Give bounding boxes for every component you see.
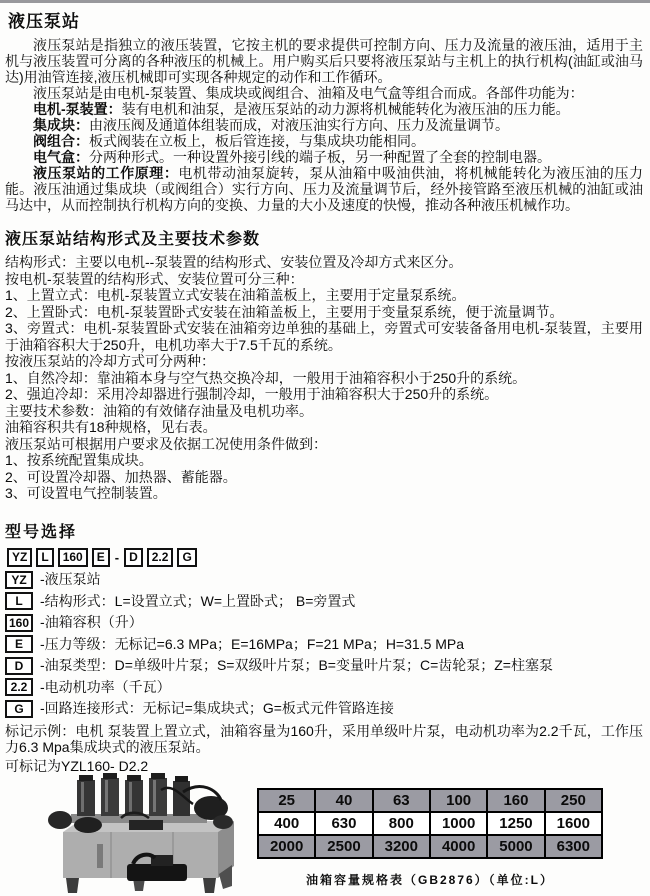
table-row: 2000 2500 3200 4000 5000 6300 — [258, 835, 602, 858]
capacity-cell: 3200 — [373, 835, 430, 858]
body-line: 1、上置立式：电机-泵装置立式安装在油箱盖板上，主要用于定量泵系统。 — [5, 287, 643, 304]
legend-code-box: 2.2 — [5, 678, 33, 696]
hydraulic-pump-station-photo — [33, 770, 249, 894]
tank-capacity-table: 25 40 63 100 160 250 400 630 800 1000 12… — [257, 788, 603, 859]
body-line: 2、强迫冷却：采用冷却器进行强制冷却，一般用于油箱容积大于250升的系统。 — [5, 386, 643, 403]
legend-code-box: YZ — [5, 571, 33, 589]
table-caption: 油箱容量规格表（GB2876）（单位:L） — [257, 871, 603, 888]
body-line: 3、可设置电气控制装置。 — [5, 485, 643, 502]
legend-code-box: G — [5, 700, 33, 718]
legend-description: -液压泵站 — [40, 572, 101, 587]
legend-description: -压力等级：无标记=6.3 MPa；E=16MPa；F=21 MPa；H=31.… — [40, 637, 464, 652]
model-code-box: 160 — [58, 548, 88, 567]
pump-station-illustration — [33, 770, 249, 894]
body-line: 2、上置卧式：电机-泵装置卧式安装在油箱盖板上，主要用于变量泵系统，便于流量调节… — [5, 304, 643, 321]
section-heading-structure: 液压泵站结构形式及主要技术参数 — [5, 226, 643, 249]
body-line: 结构形式：主要以电机--泵装置的结构形式、安装位置及冷却方式来区分。 — [5, 254, 643, 271]
capacity-cell: 25 — [258, 789, 315, 812]
paragraph-text: 液压泵站是指独立的液压装置，它按主机的要求提供可控制方向、压力及流量的液压油，适… — [5, 37, 643, 85]
capacity-cell: 250 — [545, 789, 602, 812]
legend-code-box: E — [5, 635, 33, 653]
paragraph-text: 液压泵站是由电机-泵装置、集成块或阀组合、油箱及电气盒等组合而成。各部件功能为： — [33, 85, 584, 101]
legend-description: -油箱容积（升） — [40, 615, 143, 630]
body-line: 液压泵站可根据用户要求及依据工况使用条件做到： — [5, 436, 643, 453]
paragraph-label: 集成块： — [33, 117, 89, 133]
legend-description: -回路连接形式：无标记=集成块式；G=板式元件管路连接 — [40, 701, 394, 716]
document-page: 液压泵站 液压泵站是指独立的液压装置，它按主机的要求提供可控制方向、压力及流量的… — [0, 3, 650, 774]
paragraph-text: 分两种形式。一种设置外接引线的端子板，另一种配置了全套的控制电器。 — [89, 149, 551, 165]
body-line: 2、可设置冷却器、加热器、蓄能器。 — [5, 469, 643, 486]
model-code-box: YZ — [7, 548, 32, 567]
paragraph-text: 装有电机和油泵，是液压泵站的动力源将机械能转化为液压油的压力能。 — [122, 101, 570, 117]
intro-section: 液压泵站是指独立的液压装置，它按主机的要求提供可控制方向、压力及流量的液压油，适… — [5, 37, 643, 213]
model-code-box: D — [124, 548, 143, 567]
capacity-cell: 160 — [487, 789, 544, 812]
legend-code-box: 160 — [5, 614, 33, 632]
capacity-cell: 100 — [430, 789, 487, 812]
capacity-cell: 5000 — [487, 835, 544, 858]
legend-row: E -压力等级：无标记=6.3 MPa；E=16MPa；F=21 MPa；H=3… — [5, 635, 643, 653]
legend-description: -结构形式：L=设置立式；W=上置卧式； B=旁置式 — [40, 594, 355, 609]
capacity-cell: 1600 — [545, 812, 602, 835]
table-row: 400 630 800 1000 1250 1600 — [258, 812, 602, 835]
legend-row: L -结构形式：L=设置立式；W=上置卧式； B=旁置式 — [5, 592, 643, 610]
model-code-box: E — [92, 548, 110, 567]
body-line: 按液压泵站的冷却方式可分两种： — [5, 353, 643, 370]
capacity-table-block: 25 40 63 100 160 250 400 630 800 1000 12… — [257, 788, 603, 888]
legend-row: 2.2 -电动机功率（千瓦） — [5, 678, 643, 696]
model-legend: YZ -液压泵站 L -结构形式：L=设置立式；W=上置卧式； B=旁置式 16… — [5, 571, 643, 718]
paragraph-text: 由液压阀及通道体组装而成，对液压油实行方向、压力及流量调节。 — [89, 117, 509, 133]
body-line: 3、旁置式：电机-泵装置卧式安装在油箱旁边单独的基础上，旁置式可安装备备用电机-… — [5, 320, 643, 353]
legend-description: -油泵类型：D=单级叶片泵；S=双级叶片泵；B=变量叶片泵；C=齿轮泵；Z=柱塞… — [40, 658, 553, 673]
legend-row: 160 -油箱容积（升） — [5, 614, 643, 632]
body-line: 1、按系统配置集成块。 — [5, 452, 643, 469]
capacity-cell: 1000 — [430, 812, 487, 835]
page-title: 液压泵站 — [8, 7, 643, 32]
capacity-cell: 800 — [373, 812, 430, 835]
capacity-cell: 400 — [258, 812, 315, 835]
legend-description: -电动机功率（千瓦） — [40, 680, 171, 695]
intro-paragraph: 电气盒：分两种形式。一种设置外接引线的端子板，另一种配置了全套的控制电器。 — [5, 149, 643, 165]
model-code-box: G — [177, 548, 196, 567]
structure-section: 结构形式：主要以电机--泵装置的结构形式、安装位置及冷却方式来区分。 按电机-泵… — [5, 254, 643, 502]
model-code-box: 2.2 — [147, 548, 174, 567]
paragraph-text: 板式阀装在立板上，板后管连接，与集成块功能相同。 — [89, 133, 425, 149]
intro-paragraph: 集成块：由液压阀及通道体组装而成，对液压油实行方向、压力及流量调节。 — [5, 117, 643, 133]
legend-row: YZ -液压泵站 — [5, 571, 643, 589]
body-line: 主要技术参数：油箱的有效储存油量及电机功率。 — [5, 403, 643, 420]
intro-paragraph: 液压泵站是指独立的液压装置，它按主机的要求提供可控制方向、压力及流量的液压油，适… — [5, 37, 643, 85]
paragraph-label: 电气盒： — [33, 149, 89, 165]
body-line: 1、自然冷却：靠油箱本身与空气热交换冷却，一般用于油箱容积小于250升的系统。 — [5, 370, 643, 387]
model-code-dash: - — [114, 550, 120, 565]
legend-row: D -油泵类型：D=单级叶片泵；S=双级叶片泵；B=变量叶片泵；C=齿轮泵；Z=… — [5, 657, 643, 675]
intro-paragraph: 阀组合：板式阀装在立板上，板后管连接，与集成块功能相同。 — [5, 133, 643, 149]
capacity-cell: 4000 — [430, 835, 487, 858]
capacity-cell: 63 — [373, 789, 430, 812]
capacity-cell: 2000 — [258, 835, 315, 858]
marking-example: 标记示例：电机 泵装置上置立式，油箱容量为160升，采用单级叶片泵，电动机功率为… — [5, 723, 643, 756]
intro-paragraph: 液压泵站的工作原理：电机带动油泵旋转，泵从油箱中吸油供油，将机械能转化为液压油的… — [5, 165, 643, 213]
capacity-cell: 630 — [315, 812, 372, 835]
paragraph-label: 阀组合： — [33, 133, 89, 149]
section-heading-model: 型号选择 — [5, 519, 643, 542]
body-line: 油箱容积共有18种规格，见右表。 — [5, 419, 643, 436]
paragraph-label: 液压泵站的工作原理： — [33, 165, 178, 181]
table-row: 25 40 63 100 160 250 — [258, 789, 602, 812]
body-line: 按电机-泵装置的结构形式、安装位置可分三种： — [5, 271, 643, 288]
legend-code-box: L — [5, 592, 33, 610]
capacity-cell: 40 — [315, 789, 372, 812]
model-code-row: YZ L 160 E - D 2.2 G — [7, 548, 643, 567]
capacity-cell: 2500 — [315, 835, 372, 858]
legend-code-box: D — [5, 657, 33, 675]
legend-row: G -回路连接形式：无标记=集成块式；G=板式元件管路连接 — [5, 700, 643, 718]
capacity-cell: 6300 — [545, 835, 602, 858]
model-code-box: L — [36, 548, 53, 567]
intro-paragraph: 电机-泵装置：装有电机和油泵，是液压泵站的动力源将机械能转化为液压油的压力能。 — [5, 101, 643, 117]
paragraph-label: 电机-泵装置： — [33, 101, 122, 117]
intro-paragraph: 液压泵站是由电机-泵装置、集成块或阀组合、油箱及电气盒等组合而成。各部件功能为： — [5, 85, 643, 101]
capacity-cell: 1250 — [487, 812, 544, 835]
